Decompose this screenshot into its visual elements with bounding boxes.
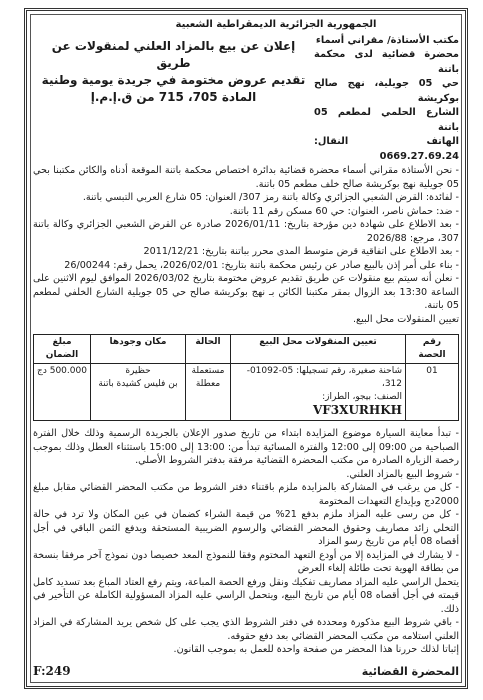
col-guarantee: مبلغ الضمان <box>34 335 91 364</box>
paragraph-sale-announcement: - نعلن أنه سيتم بيع منقولات عن طريق تقدي… <box>33 272 459 313</box>
table-header-row: رقم الحصة تعيين المنقولات محل البيع الحا… <box>34 335 459 364</box>
paragraph-bailiff: - نحن الأستاذة مقراني أسماء محضرة قضائية… <box>33 164 459 191</box>
office-role: محضرة قضائية لدى محكمة باتنة <box>314 48 459 77</box>
condition-heading: - شروط البيع بالمزاد العلني. <box>33 468 459 482</box>
notice-content: الجمهورية الجزائرية الديمقراطية الشعبية … <box>33 15 459 682</box>
paragraph-items-heading: تعيين المنقولات محل البيع. <box>33 313 459 327</box>
condition-other-terms: - باقي شروط البيع مذكورة ومحددة في دفتر … <box>33 616 459 643</box>
lot-description: شاحنة صغيرة، رقم تسجيلها: 05-01092-312، … <box>231 364 406 421</box>
office-name: مكتب الأستاذة/ مقراني أسماء <box>314 34 459 49</box>
paragraph-beneficiary: - لفائدة: القرض الشعبي الجزائري وكالة با… <box>33 191 459 205</box>
condition-inspection: - تبدأ معاينة السيارة موضوع المزايدة ابت… <box>33 427 459 468</box>
lot-state-broken: معطلة <box>189 378 227 391</box>
lot-vin: VF3XURHKH <box>313 403 402 417</box>
office-street: حي 05 جويلية، نهج صالح بوكريشة <box>314 77 459 106</box>
lot-make-label: الصنف: بيجو، الطراز: <box>322 392 402 402</box>
condition-sealed-bid: - لا يشارك في المزايدة إلا من أودع التعه… <box>33 549 459 576</box>
paragraph-loan-agreement: - بعد الاطلاع على اتفاقية قرض متوسط المد… <box>33 245 459 259</box>
paragraph-court-order: - بناء على أمر إذن بالبيع صادر عن رئيس م… <box>33 259 459 273</box>
title-line-3: المادة 705، 715 من ق.إ.م.إ <box>33 89 314 106</box>
table-row: 01 شاحنة صغيرة، رقم تسجيلها: 05-01092-31… <box>34 364 459 421</box>
title-line-1: إعلان عن بيع بالمزاد العلني لمنقولات عن … <box>33 38 314 72</box>
reference-code: F:249 <box>33 665 71 679</box>
signature: المحضرة القضائية <box>362 665 459 679</box>
condition-deposit: - كل من رسى عليه المزاد ملزم بدفع 21% من… <box>33 508 459 549</box>
lot-guarantee: 500.000 دج <box>34 364 91 421</box>
paragraph-debt-certificate: - بعد الاطلاع على شهادة دين مؤرخة بتاريخ… <box>33 218 459 245</box>
phone-number: 0669.27.69.24 <box>380 151 459 162</box>
office-phone: الهاتف النقال: 0669.27.69.24 <box>314 135 459 164</box>
lot-make-model: الصنف: بيجو، الطراز: VF3XURHKH <box>234 391 402 419</box>
document-frame: الجمهورية الجزائرية الديمقراطية الشعبية … <box>24 8 468 689</box>
condition-removal: يتحمل الراسي عليه المزاد مصاريف تفكيك ون… <box>33 576 459 617</box>
lot-state: مستعملة معطلة <box>186 364 231 421</box>
col-state: الحالة <box>186 335 231 364</box>
office-address-block: مكتب الأستاذة/ مقراني أسماء محضرة قضائية… <box>314 34 459 165</box>
lot-registration: شاحنة صغيرة، رقم تسجيلها: 05-01092-312، <box>234 365 402 391</box>
notice-title: إعلان عن بيع بالمزاد العلني لمنقولات عن … <box>33 34 314 165</box>
title-line-2: تقديم عروض مختومة في جريدة يومية وطنية <box>33 72 314 89</box>
phone-label: الهاتف النقال: <box>314 136 459 147</box>
lot-location-type: حظيرة <box>94 365 182 378</box>
country-name: الجمهورية الجزائرية الديمقراطية الشعبية <box>33 18 459 32</box>
notice-header: مكتب الأستاذة/ مقراني أسماء محضرة قضائية… <box>33 34 459 165</box>
lot-location-place: بن فليس كشيدة باتنة <box>94 378 182 391</box>
office-landmark: الشارع الحلمي لمطعم 05 باتنة <box>314 106 459 135</box>
lot-location: حظيرة بن فليس كشيدة باتنة <box>91 364 186 421</box>
lot-number: 01 <box>406 364 459 421</box>
notice-footer: المحضرة القضائية F:249 <box>33 665 459 679</box>
col-location: مكان وجودها <box>91 335 186 364</box>
col-description: تعيين المنقولات محل البيع <box>231 335 406 364</box>
col-lot-number: رقم الحصة <box>406 335 459 364</box>
condition-attestation: إثباتا لذلك حررنا هذا المحضر من صفحة واح… <box>33 643 459 657</box>
lots-table: رقم الحصة تعيين المنقولات محل البيع الحا… <box>33 334 459 421</box>
lot-state-used: مستعملة <box>189 365 227 378</box>
paragraph-against: - ضد: حماش ناصر، العنوان: حي 60 مسكن رقم… <box>33 205 459 219</box>
condition-terms-book: - كل من يرغب في المشاركة بالمزايدة ملزم … <box>33 481 459 508</box>
